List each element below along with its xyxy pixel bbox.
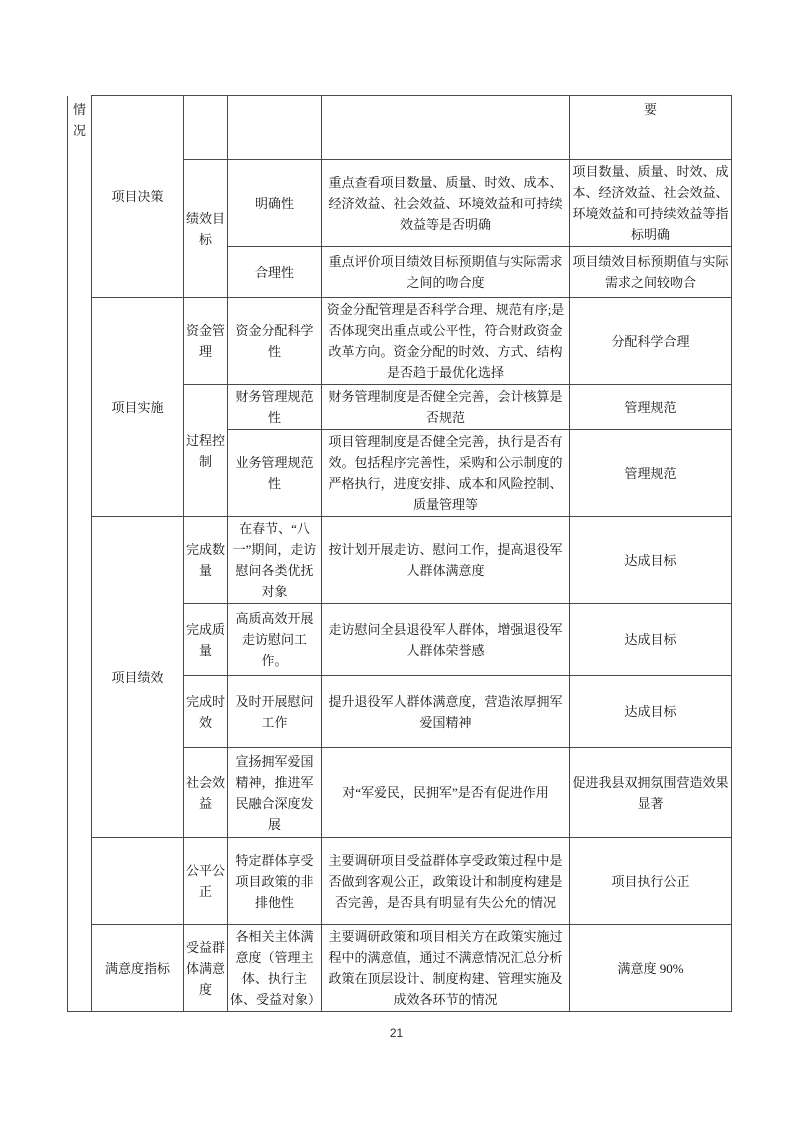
table-row: 公平公正 特定群体享受项目政策的非排他性 主要调研项目受益群体享受政策过程中是否… xyxy=(68,838,732,925)
description-financial-mgmt: 财务管理制度是否健全完善，会计核算是否规范 xyxy=(322,385,570,430)
result-business-mgmt: 管理规范 xyxy=(570,430,732,517)
target-fairness: 特定群体享受项目政策的非排他性 xyxy=(228,838,322,925)
description-business-mgmt: 项目管理制度是否健全完善，执行是否有效。包括程序完善性，采购和公示制度的严格执行… xyxy=(322,430,570,517)
status-band-cell: 情况 xyxy=(68,96,92,1012)
carryover-text-cell: 要 xyxy=(570,96,732,160)
group-performance-goal: 绩效目标 xyxy=(184,160,228,298)
indicator-rationality: 合理性 xyxy=(228,247,322,298)
indicator-business-mgmt: 业务管理规范性 xyxy=(228,430,322,517)
group-beneficiary-satisfaction: 受益群体满意度 xyxy=(184,925,228,1012)
result-completion-quality: 达成目标 xyxy=(570,604,732,676)
group-completion-quality: 完成质量 xyxy=(184,604,228,676)
group-completion-quantity: 完成数量 xyxy=(184,517,228,604)
empty-cell xyxy=(184,96,228,160)
description-completion-quality: 走访慰问全县退役军人群体，增强退役军人群体荣誉感 xyxy=(322,604,570,676)
result-completion-timeliness: 达成目标 xyxy=(570,676,732,748)
table-row: 项目绩效 完成数量 在春节、“八一”期间，走访慰问各类优抚对象 按计划开展走访、… xyxy=(68,517,732,604)
result-fund-allocation: 分配科学合理 xyxy=(570,298,732,385)
description-fairness: 主要调研项目受益群体享受政策过程中是否做到客观公正，政策设计和制度构建是否完善，… xyxy=(322,838,570,925)
description-rationality: 重点评价项目绩效目标预期值与实际需求之间的吻合度 xyxy=(322,247,570,298)
result-rationality: 项目绩效目标预期值与实际需求之间较吻合 xyxy=(570,247,732,298)
section-project-decision: 项目决策 xyxy=(92,96,184,298)
result-clarity: 项目数量、质量、时效、成本、经济效益、社会效益、环境效益和可持续效益等指标明确 xyxy=(570,160,732,247)
description-beneficiary-satisfaction: 主要调研政策和项目相关方在政策实施过程中的满意值，通过不满意情况汇总分析政策在顶… xyxy=(322,925,570,1012)
empty-cell xyxy=(228,96,322,160)
table-row: 情况 项目决策 要 xyxy=(68,96,732,160)
page-number: 21 xyxy=(0,1026,793,1040)
group-completion-timeliness: 完成时效 xyxy=(184,676,228,748)
empty-cell xyxy=(92,838,184,925)
target-completion-quantity: 在春节、“八一”期间，走访慰问各类优抚对象 xyxy=(228,517,322,604)
description-completion-timeliness: 提升退役军人群体满意度，营造浓厚拥军爱国精神 xyxy=(322,676,570,748)
result-beneficiary-satisfaction: 满意度 90% xyxy=(570,925,732,1012)
section-satisfaction-indicator: 满意度指标 xyxy=(92,925,184,1012)
target-beneficiary-satisfaction: 各相关主体满意度（管理主体、执行主体、受益对象） xyxy=(228,925,322,1012)
indicator-fund-allocation: 资金分配科学性 xyxy=(228,298,322,385)
result-social-benefit: 促进我县双拥氛围营造效果显著 xyxy=(570,748,732,838)
section-project-implementation: 项目实施 xyxy=(92,298,184,517)
target-completion-quality: 高质高效开展走访慰问工作。 xyxy=(228,604,322,676)
description-clarity: 重点查看项目数量、质量、时效、成本、经济效益、社会效益、环境效益和可持续效益等是… xyxy=(322,160,570,247)
group-fund-management: 资金管理 xyxy=(184,298,228,385)
indicator-clarity: 明确性 xyxy=(228,160,322,247)
result-financial-mgmt: 管理规范 xyxy=(570,385,732,430)
description-social-benefit: 对“军爱民，民拥军”是否有促进作用 xyxy=(322,748,570,838)
table-row: 满意度指标 受益群体满意度 各相关主体满意度（管理主体、执行主体、受益对象） 主… xyxy=(68,925,732,1012)
description-completion-quantity: 按计划开展走访、慰问工作，提高退役军人群体满意度 xyxy=(322,517,570,604)
empty-cell xyxy=(322,96,570,160)
evaluation-table: 情况 项目决策 要 绩效目标 明确性 重点查看项目数量、质量、时效、成本、经济效… xyxy=(67,95,732,1012)
group-social-benefit: 社会效益 xyxy=(184,748,228,838)
table-row: 项目实施 资金管理 资金分配科学性 资金分配管理是否科学合理、规范有序;是否体现… xyxy=(68,298,732,385)
result-completion-quantity: 达成目标 xyxy=(570,517,732,604)
description-fund-allocation: 资金分配管理是否科学合理、规范有序;是否体现突出重点或公平性，符合财政资金改革方… xyxy=(322,298,570,385)
indicator-financial-mgmt: 财务管理规范性 xyxy=(228,385,322,430)
target-completion-timeliness: 及时开展慰问工作 xyxy=(228,676,322,748)
group-process-control: 过程控制 xyxy=(184,385,228,517)
section-project-performance: 项目绩效 xyxy=(92,517,184,838)
group-fairness: 公平公正 xyxy=(184,838,228,925)
result-fairness: 项目执行公正 xyxy=(570,838,732,925)
target-social-benefit: 宣扬拥军爱国精神，推进军民融合深度发展 xyxy=(228,748,322,838)
